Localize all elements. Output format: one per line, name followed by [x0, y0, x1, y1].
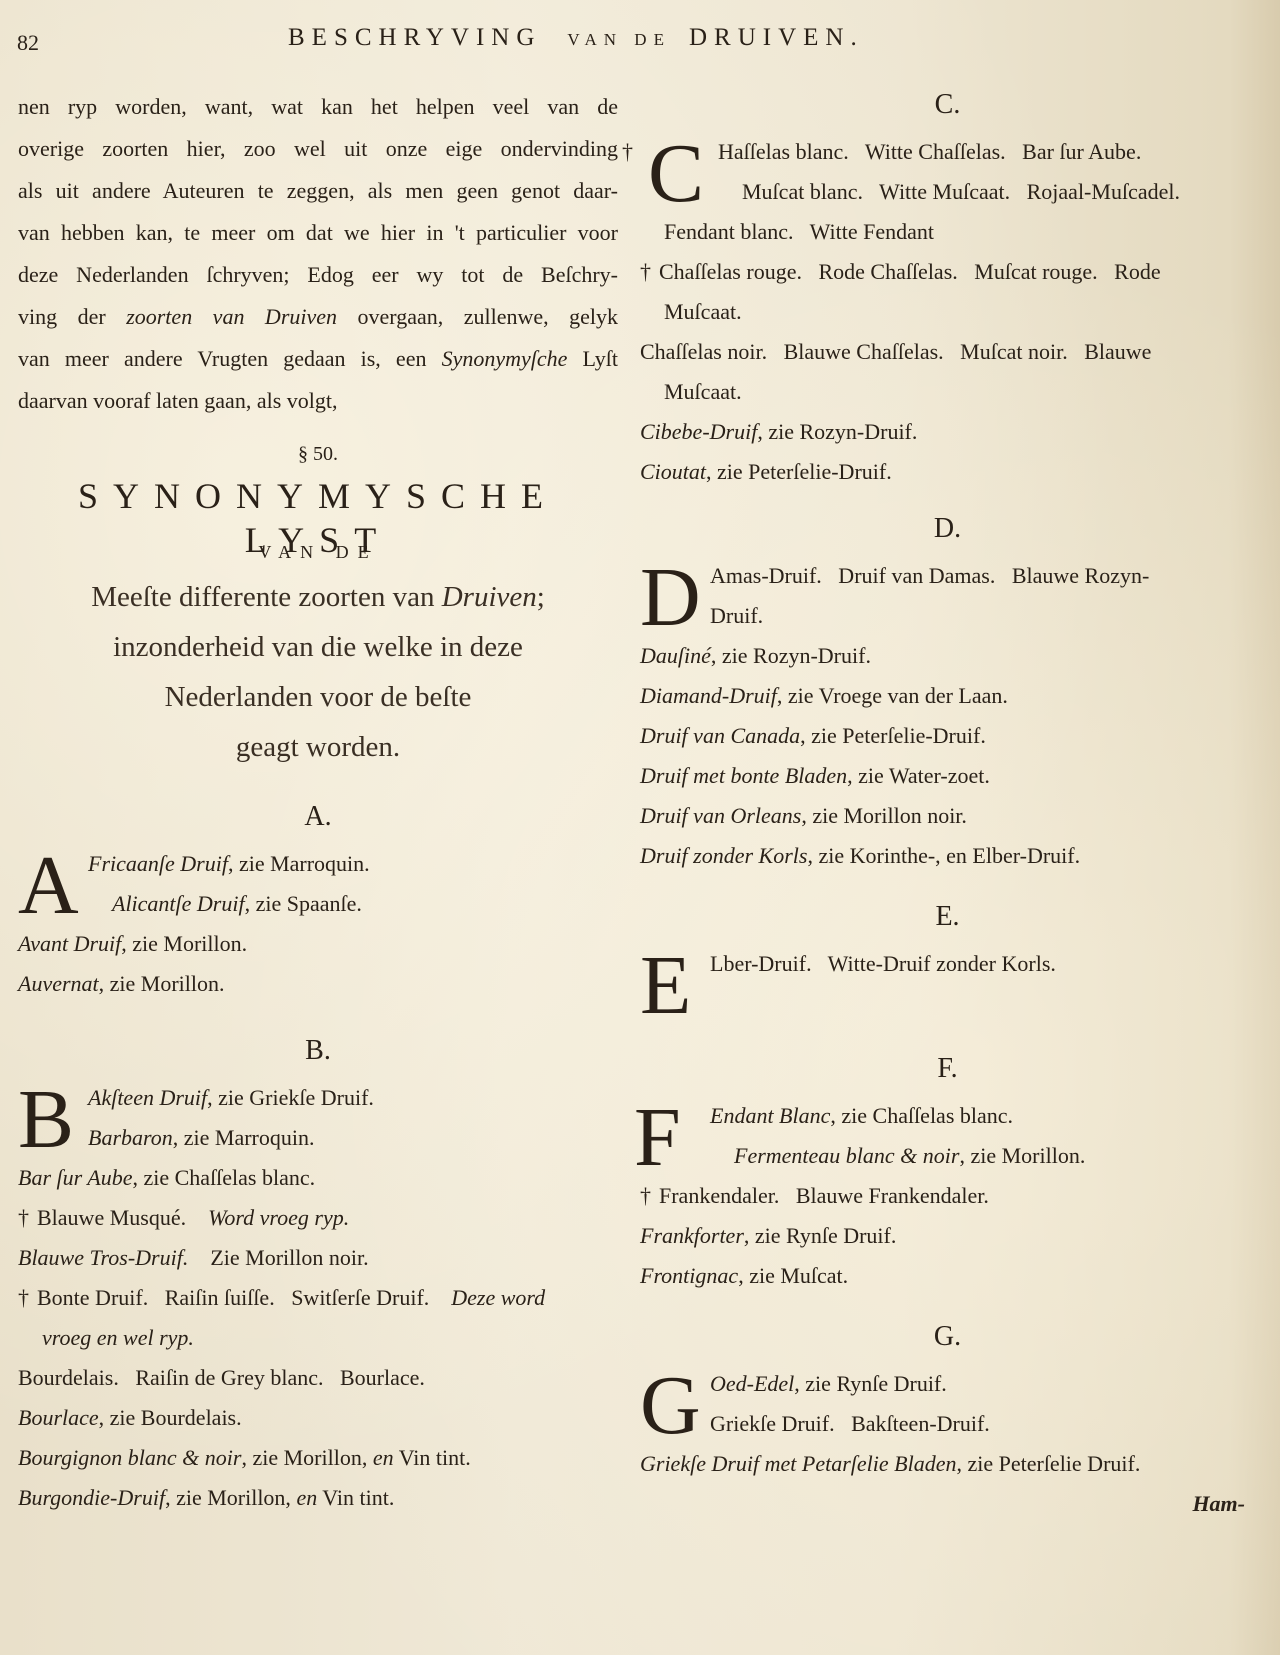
- entry: Haſſelas blanc. Witte Chaſſelas. Bar ſur…: [718, 132, 1255, 172]
- entry-ref: , zie Rynſe Druif.: [744, 1223, 896, 1248]
- section-number: § 50.: [18, 434, 618, 474]
- text-line: nen ryp worden, want, wat kan het helpen…: [18, 86, 618, 128]
- entry: Druif van Orleans, zie Morillon noir.: [640, 796, 1255, 836]
- entry: Barbaron, zie Marroquin.: [88, 1118, 618, 1158]
- dropcap-g: G: [640, 1368, 701, 1444]
- dagger-icon: †: [640, 259, 651, 284]
- catchword: Ham-: [640, 1484, 1255, 1524]
- entry-term: Alicantſe Druif: [112, 891, 245, 916]
- entry: Diamand-Druif, zie Vroege van der Laan.: [640, 676, 1255, 716]
- entry-ref: Vin tint.: [317, 1485, 394, 1510]
- running-title-part2: VAN DE: [567, 30, 671, 49]
- entry-term: Bourlace: [18, 1405, 99, 1430]
- entry-ref: , zie Vroege van der Laan.: [777, 683, 1008, 708]
- entry-ref: , zie Griekſe Druif.: [207, 1085, 374, 1110]
- entry: Avant Druif, zie Morillon.: [18, 924, 618, 964]
- entry-ref: , zie Morillon,: [165, 1485, 296, 1510]
- entry-ref: , zie Morillon.: [99, 971, 225, 996]
- italic-span: Synonymyſche: [442, 346, 568, 371]
- entry: Griekſe Druif met Petarſelie Bladen, zie…: [640, 1444, 1255, 1484]
- entry-continuation: Muſcaat.: [640, 372, 1255, 412]
- entry: Endant Blanc, zie Chaſſelas blanc.: [710, 1096, 1255, 1136]
- text-span: Lyſt: [567, 346, 618, 371]
- entry-term: Frankforter: [640, 1223, 744, 1248]
- entry: †Chaſſelas rouge. Rode Chaſſelas. Muſcat…: [640, 252, 1255, 292]
- entry-term: Druif van Orleans: [640, 803, 801, 828]
- intro-paragraph: nen ryp worden, want, wat kan het helpen…: [18, 86, 618, 422]
- entry-ref: Vin tint.: [394, 1445, 471, 1470]
- entry: Amas-Druif. Druif van Damas. Blauwe Rozy…: [710, 556, 1255, 596]
- letter-heading-e: E.: [640, 890, 1255, 944]
- text-line: van hebben kan, te meer om dat we hier i…: [18, 212, 618, 254]
- entry-ref: , zie Korinthe-, en Elber-Druif.: [807, 843, 1080, 868]
- text-span: van meer andere Vrugten gedaan is, een: [18, 346, 442, 371]
- entry-ref: , zie Chaſſelas blanc.: [830, 1103, 1013, 1128]
- entry-term: Endant Blanc: [710, 1103, 830, 1128]
- entry-ref: , zie Marroquin.: [173, 1125, 315, 1150]
- text-line: deze Nederlanden ſchryven; Edog eer wy t…: [18, 254, 618, 296]
- entry: †Bonte Druif. Raiſin ſuiſſe. Switſerſe D…: [18, 1278, 618, 1318]
- right-column: C. † C Haſſelas blanc. Witte Chaſſelas. …: [640, 78, 1255, 1524]
- dropcap-d: D: [640, 560, 701, 636]
- italic-span: en: [296, 1485, 317, 1510]
- dagger-icon: †: [622, 132, 633, 172]
- group-f-first-entries: F Endant Blanc, zie Chaſſelas blanc. Fer…: [640, 1096, 1255, 1176]
- entry: Fendant blanc. Witte Fendant: [640, 212, 1255, 252]
- entry-ref: , zie Water-zoet.: [847, 763, 990, 788]
- italic-span: en: [373, 1445, 394, 1470]
- entry-term: Bar ſur Aube: [18, 1165, 132, 1190]
- entry-term: Cioutat: [640, 459, 706, 484]
- entry: Druif van Canada, zie Peterſelie-Druif.: [640, 716, 1255, 756]
- dagger-icon: †: [18, 1205, 29, 1230]
- entry-ref: Zie Morillon noir.: [210, 1245, 368, 1270]
- group-a-first-entries: A Fricaanſe Druif, zie Marroquin. Alican…: [18, 844, 618, 924]
- section-subtitle: VAN DE: [18, 532, 618, 572]
- entry-ref: , zie Peterſelie Druif.: [956, 1451, 1140, 1476]
- dagger-icon: †: [640, 1183, 651, 1208]
- entry-term: Barbaron: [88, 1125, 173, 1150]
- entry: Griekſe Druif. Bakſteen-Druif.: [710, 1404, 1255, 1444]
- entry-term: Oed-Edel: [710, 1371, 794, 1396]
- entry: Auvernat, zie Morillon.: [18, 964, 618, 1004]
- text-line: daarvan vooraf laten gaan, als volgt,: [18, 380, 618, 422]
- entry: Frontignac, zie Muſcat.: [640, 1256, 1255, 1296]
- text-span: overgaan, zullenwe, gelyk: [337, 304, 618, 329]
- letter-heading-b: B.: [18, 1024, 618, 1078]
- text-span: ving der: [18, 304, 126, 329]
- entry-ref: , zie Rozyn-Druif.: [757, 419, 917, 444]
- entry-ref: , zie Peterſelie-Druif.: [800, 723, 986, 748]
- text-line: ving der zoorten van Druiven overgaan, z…: [18, 296, 618, 338]
- entry: Frankforter, zie Rynſe Druif.: [640, 1216, 1255, 1256]
- entry-ref: , zie Morillon,: [241, 1445, 372, 1470]
- entry: Dauſiné, zie Rozyn-Druif.: [640, 636, 1255, 676]
- entry: Fricaanſe Druif, zie Marroquin.: [88, 844, 618, 884]
- text-span: Meeſte differente zoorten van: [91, 581, 442, 613]
- dropcap-f: F: [634, 1100, 681, 1176]
- text-line: van meer andere Vrugten gedaan is, een S…: [18, 338, 618, 380]
- group-c-first-entries: † C Haſſelas blanc. Witte Chaſſelas. Bar…: [640, 132, 1255, 212]
- group-d-first-entries: D Amas-Druif. Druif van Damas. Blauwe Ro…: [640, 556, 1255, 636]
- letter-heading-g: G.: [640, 1310, 1255, 1364]
- text-line: overige zoorten hier, zoo wel uit onze e…: [18, 128, 618, 170]
- entry-term: Dauſiné: [640, 643, 711, 668]
- entry-ref: , zie Morillon noir.: [801, 803, 967, 828]
- entry-ref: , zie Bourdelais.: [99, 1405, 242, 1430]
- letter-heading-d: D.: [640, 502, 1255, 556]
- entry-ref: , zie Chaſſelas blanc.: [132, 1165, 315, 1190]
- entry: Blauwe Tros-Druif.Zie Morillon noir.: [18, 1238, 618, 1278]
- entry-continuation: Druif.: [710, 596, 1255, 636]
- entry-note: vroeg en wel ryp.: [42, 1325, 194, 1350]
- letter-heading-a: A.: [18, 790, 618, 844]
- entry-ref: , zie Morillon.: [959, 1143, 1085, 1168]
- entry: Muſcat blanc. Witte Muſcaat. Rojaal-Muſc…: [718, 172, 1255, 212]
- entry-term: Avant Druif: [18, 931, 121, 956]
- entry-term: Griekſe Druif met Petarſelie Bladen: [640, 1451, 956, 1476]
- entry-ref: , zie Spaanſe.: [245, 891, 362, 916]
- entry-ref: , zie Muſcat.: [738, 1263, 848, 1288]
- entry-term: Druif van Canada: [640, 723, 800, 748]
- section-description: Meeſte differente zoorten van Druiven; i…: [18, 572, 618, 772]
- entry-term: Fricaanſe Druif: [88, 851, 228, 876]
- desc-line: inzonderheid van die welke in deze: [18, 622, 618, 672]
- entry: †Frankendaler. Blauwe Frankendaler.: [640, 1176, 1255, 1216]
- group-e-first-entries: E Lber-Druif. Witte-Druif zonder Korls.: [640, 944, 1255, 1028]
- entry-term: Chaſſelas rouge. Rode Chaſſelas. Muſcat …: [659, 259, 1161, 284]
- running-head: 82 BESCHRYVINGVAN DEDRUIVEN.: [0, 22, 1280, 62]
- running-title-part3: DRUIVEN.: [689, 24, 864, 51]
- entry-note: Word vroeg ryp.: [208, 1205, 349, 1230]
- entry-term: Fermenteau blanc & noir: [734, 1143, 959, 1168]
- entry-ref: , zie Peterſelie-Druif.: [706, 459, 892, 484]
- entry: Bourlace, zie Bourdelais.: [18, 1398, 618, 1438]
- letter-heading-f: F.: [640, 1042, 1255, 1096]
- entry: Druif met bonte Bladen, zie Water-zoet.: [640, 756, 1255, 796]
- entry: Fermenteau blanc & noir, zie Morillon.: [710, 1136, 1255, 1176]
- entry-ref: , zie Marroquin.: [228, 851, 370, 876]
- dropcap-a: A: [18, 848, 79, 924]
- section-title: SYNONYMYSCHE LYST: [18, 474, 618, 522]
- entry-ref: , zie Rozyn-Druif.: [711, 643, 871, 668]
- entry: Bar ſur Aube, zie Chaſſelas blanc.: [18, 1158, 618, 1198]
- entry: Burgondie-Druif, zie Morillon, en Vin ti…: [18, 1478, 618, 1518]
- group-g-first-entries: G Oed-Edel, zie Rynſe Druif. Griekſe Dru…: [640, 1364, 1255, 1444]
- entry-term: Frontignac: [640, 1263, 738, 1288]
- entry-term: Bourgignon blanc & noir: [18, 1445, 241, 1470]
- dagger-icon: †: [18, 1285, 29, 1310]
- entry: Akſteen Druif, zie Griekſe Druif.: [88, 1078, 618, 1118]
- entry-term: Cibebe-Druif: [640, 419, 757, 444]
- entry-ref: , zie Rynſe Druif.: [794, 1371, 946, 1396]
- dropcap-b: B: [18, 1082, 74, 1158]
- letter-heading-c: C.: [640, 78, 1255, 132]
- entry-continuation: Muſcaat.: [640, 292, 1255, 332]
- text-line: als uit andere Auteuren te zeggen, als m…: [18, 170, 618, 212]
- running-title-part1: BESCHRYVING: [288, 24, 541, 51]
- entry-term: Bonte Druif. Raiſin ſuiſſe. Switſerſe Dr…: [37, 1285, 429, 1310]
- desc-line: Nederlanden voor de beſte: [18, 672, 618, 722]
- text-span: ;: [537, 581, 545, 613]
- entry: Cibebe-Druif, zie Rozyn-Druif.: [640, 412, 1255, 452]
- left-column: nen ryp worden, want, wat kan het helpen…: [18, 86, 618, 1518]
- running-title: BESCHRYVINGVAN DEDRUIVEN.: [288, 24, 864, 52]
- entry: Druif zonder Korls, zie Korinthe-, en El…: [640, 836, 1255, 876]
- group-b-first-entries: B Akſteen Druif, zie Griekſe Druif. Barb…: [18, 1078, 618, 1158]
- desc-line: Meeſte differente zoorten van Druiven;: [18, 572, 618, 622]
- entry-term: Druif met bonte Bladen: [640, 763, 847, 788]
- entry-term: Akſteen Druif: [88, 1085, 207, 1110]
- entry-continuation: vroeg en wel ryp.: [18, 1318, 618, 1358]
- desc-line: geagt worden.: [18, 722, 618, 772]
- entry: Lber-Druif. Witte-Druif zonder Korls.: [710, 944, 1255, 984]
- dropcap-c: C: [648, 136, 704, 212]
- entry: †Blauwe Musqué.Word vroeg ryp.: [18, 1198, 618, 1238]
- entry: Cioutat, zie Peterſelie-Druif.: [640, 452, 1255, 492]
- dropcap-e: E: [640, 948, 691, 1024]
- entry-ref: , zie Morillon.: [121, 931, 247, 956]
- italic-span: zoorten van Druiven: [126, 304, 337, 329]
- entry: Bourgignon blanc & noir, zie Morillon, e…: [18, 1438, 618, 1478]
- book-page: 82 BESCHRYVINGVAN DEDRUIVEN. nen ryp wor…: [0, 0, 1280, 1655]
- entry-term: Auvernat: [18, 971, 99, 996]
- entry-term: Blauwe Tros-Druif.: [18, 1245, 188, 1270]
- italic-span: Druiven: [442, 581, 537, 613]
- entry-term: Burgondie-Druif: [18, 1485, 165, 1510]
- entry-term: Blauwe Musqué.: [37, 1205, 186, 1230]
- entry: Alicantſe Druif, zie Spaanſe.: [88, 884, 618, 924]
- entry: Oed-Edel, zie Rynſe Druif.: [710, 1364, 1255, 1404]
- entry-term: Bourdelais. Raiſin de Grey blanc. Bourla…: [18, 1365, 425, 1390]
- entry-term: Frankendaler. Blauwe Frankendaler.: [659, 1183, 989, 1208]
- entry-term: Druif zonder Korls: [640, 843, 807, 868]
- entry: Bourdelais. Raiſin de Grey blanc. Bourla…: [18, 1358, 618, 1398]
- entry-note: Deze word: [451, 1285, 545, 1310]
- page-number: 82: [17, 30, 39, 56]
- entry: Chaſſelas noir. Blauwe Chaſſelas. Muſcat…: [640, 332, 1255, 372]
- entry-term: Diamand-Druif: [640, 683, 777, 708]
